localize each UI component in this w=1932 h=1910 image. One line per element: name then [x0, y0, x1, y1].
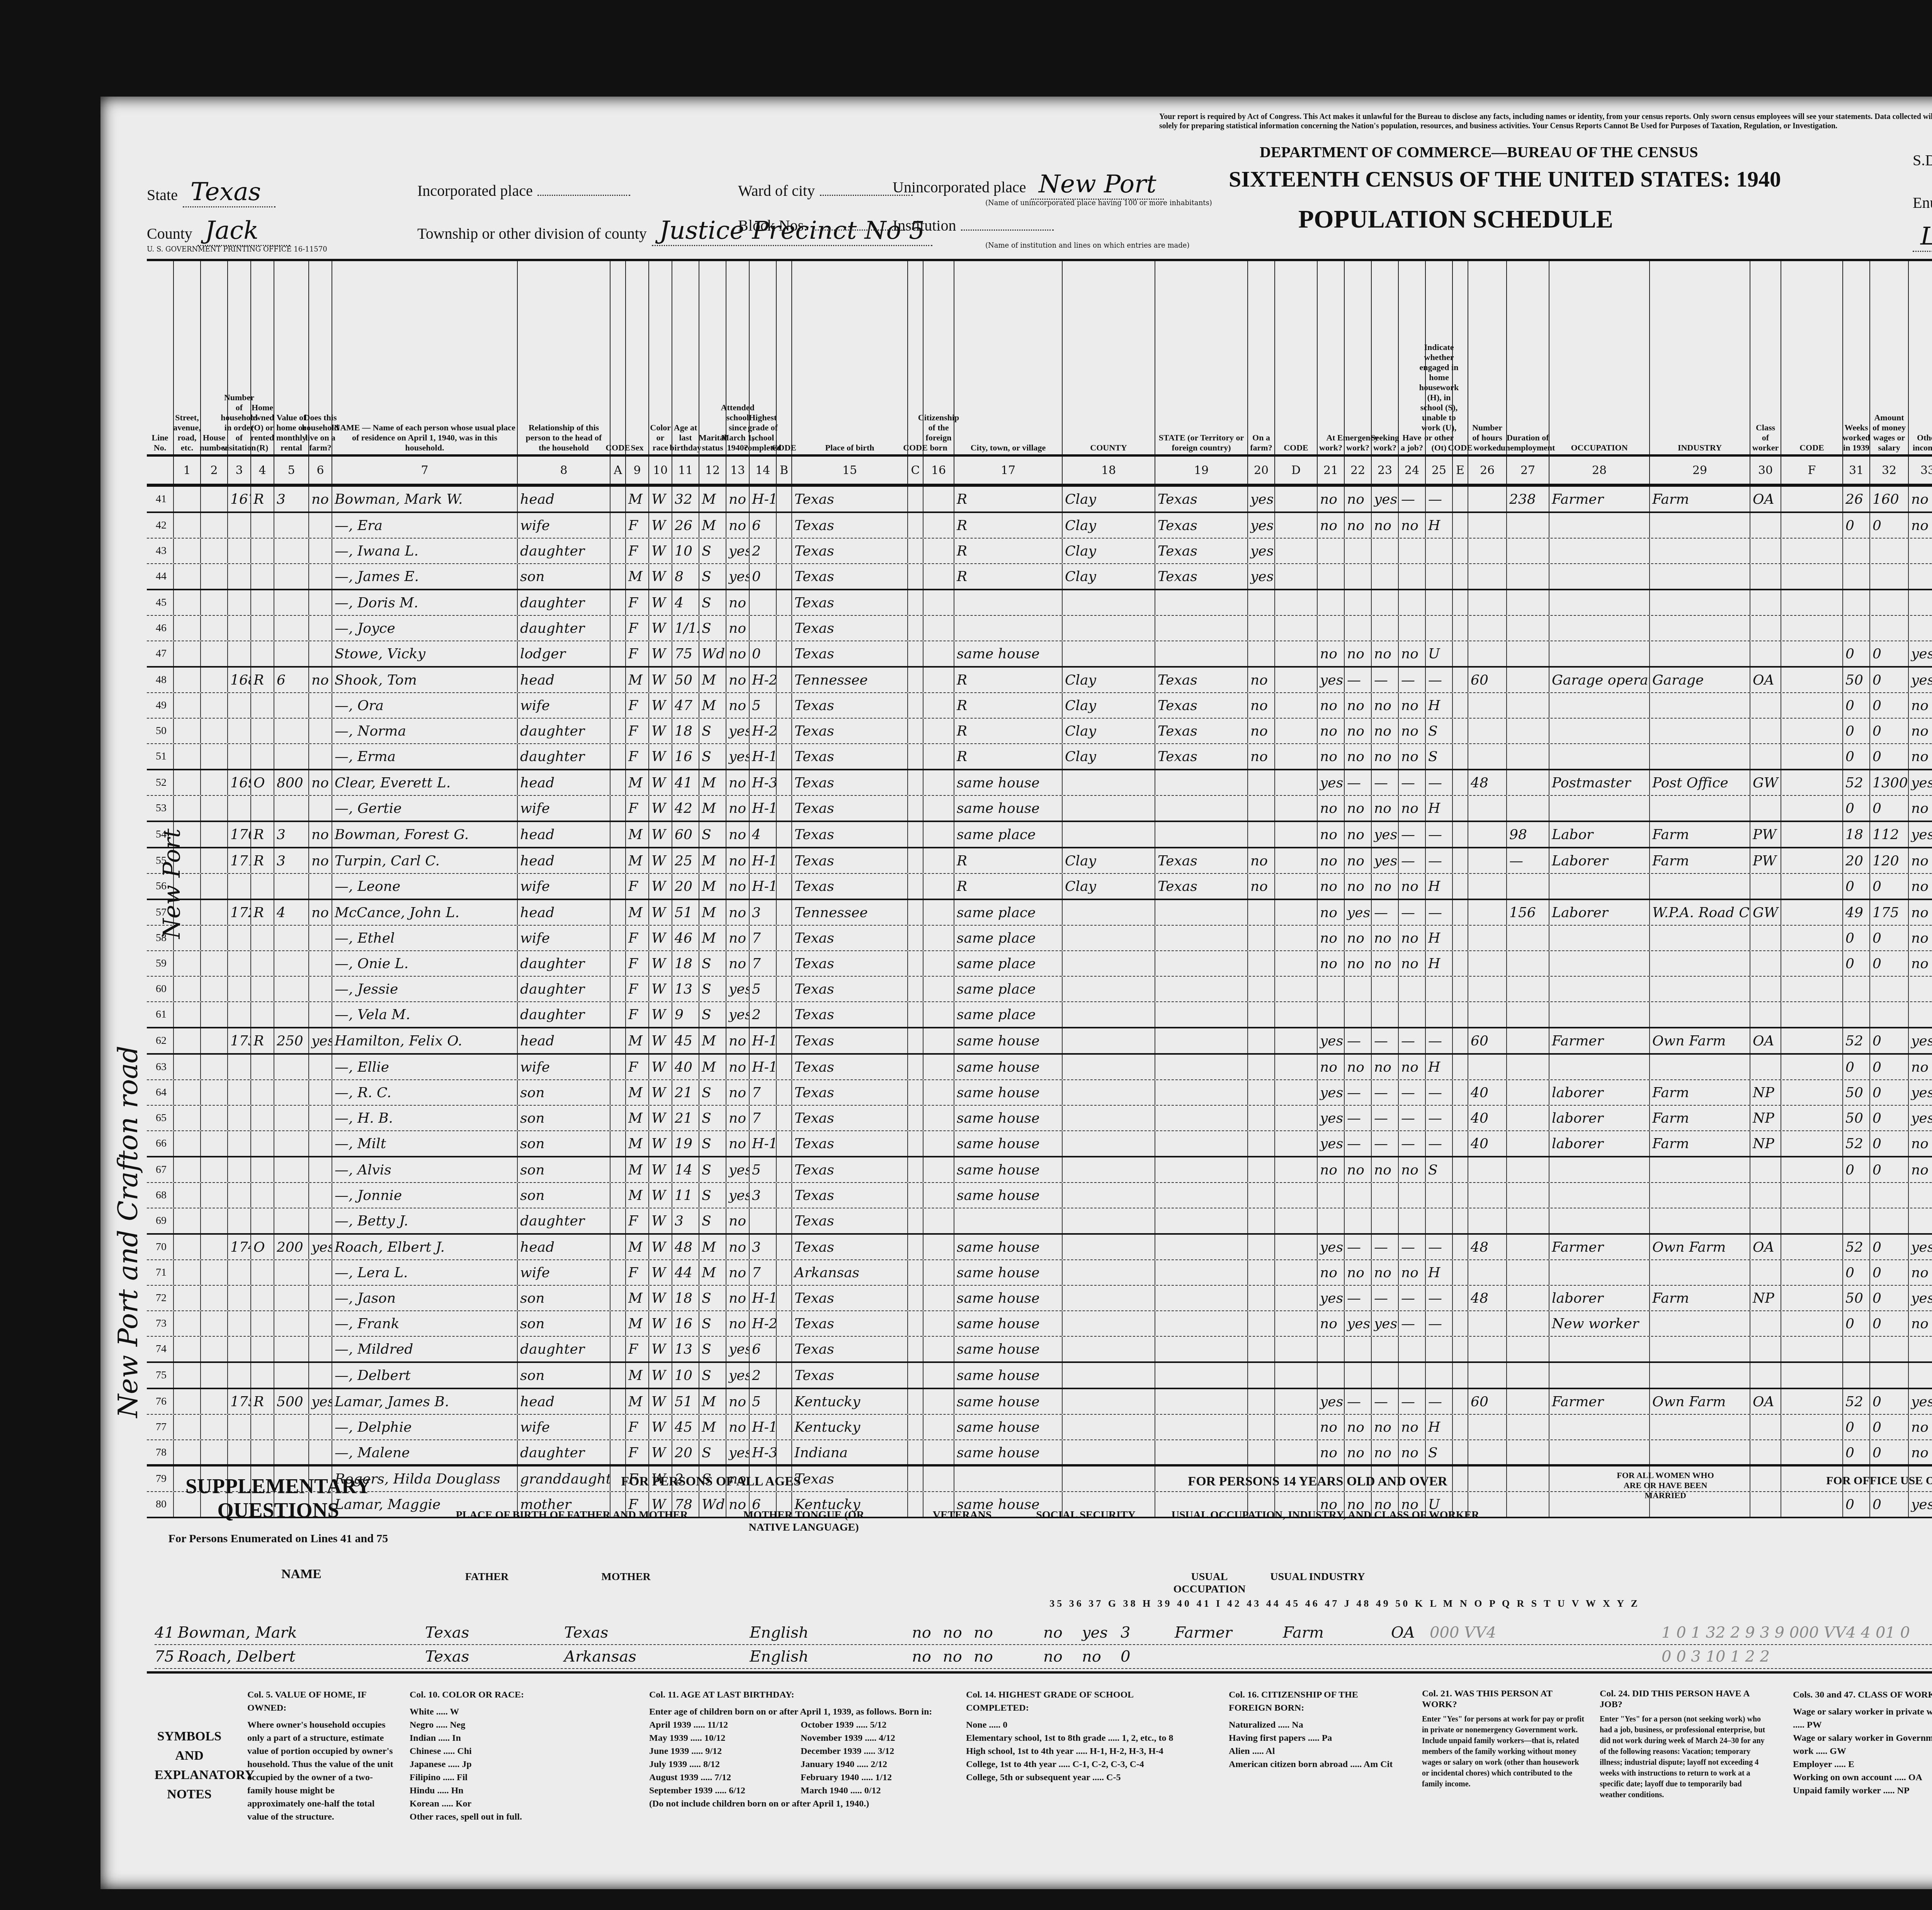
- cell-emerg: no: [1345, 744, 1372, 769]
- cell-res-city: same place: [954, 900, 1063, 925]
- cell-codeE: [1453, 668, 1468, 692]
- cell-codeA: [611, 1311, 626, 1336]
- cell-occ: [1549, 1363, 1650, 1388]
- cell-codeC: [908, 487, 923, 511]
- cell-unemp: [1507, 1260, 1549, 1285]
- cell-codeE: [1453, 487, 1468, 511]
- cell-grade: H-3: [750, 770, 777, 795]
- cell-other: [1909, 1337, 1932, 1361]
- cell-wages: 0: [1870, 719, 1909, 743]
- cell-cit: [923, 874, 954, 899]
- cell-codeF: [1781, 822, 1843, 847]
- cell-other: no: [1909, 848, 1932, 873]
- cell-cit: [923, 1106, 954, 1130]
- cell-age: 3: [672, 1208, 699, 1233]
- cell-res-state: [1155, 1106, 1248, 1130]
- cell-codeB: [777, 1002, 792, 1027]
- cell-age: 13: [672, 977, 699, 1001]
- cell-birth: Texas: [792, 693, 908, 718]
- cell-grade: 6: [750, 1337, 777, 1361]
- column-header: CODE: [611, 261, 626, 454]
- township-label: Township or other division of county: [417, 225, 647, 242]
- cell-res-state: [1155, 822, 1248, 847]
- cell-hh: 168: [228, 668, 251, 692]
- cell-job: [1399, 539, 1426, 563]
- unincorporated-note: (Name of unincorporated place having 100…: [985, 199, 1212, 207]
- cell-weeks: [1843, 539, 1870, 563]
- cell-rel: wife: [518, 693, 611, 718]
- cell-res-county: [1063, 616, 1155, 641]
- cell-res-state: [1155, 926, 1248, 950]
- cell-codeC: [908, 1028, 923, 1053]
- cell-res-farm: [1248, 926, 1275, 950]
- cell-race: W: [649, 1002, 672, 1027]
- cell-sch: yes: [726, 719, 750, 743]
- cell-cit: [923, 590, 954, 615]
- cell-cls: [1750, 590, 1781, 615]
- cell-cit: [923, 1337, 954, 1361]
- cell-sch: no: [726, 513, 750, 538]
- cell-grade: H-1: [750, 796, 777, 821]
- cell-industry: Post Office: [1650, 770, 1750, 795]
- cell-codeE: [1453, 848, 1468, 873]
- cell-age: 21: [672, 1106, 699, 1130]
- cell-codeC: [908, 822, 923, 847]
- cell-industry: [1650, 1157, 1750, 1182]
- cell-street: [174, 1183, 201, 1208]
- group-14-over: FOR PERSONS 14 YEARS OLD AND OVER: [1028, 1474, 1607, 1489]
- supp-ss2: no: [1082, 1648, 1101, 1665]
- cell-age: 25: [672, 848, 699, 873]
- note-item: March 1940 ..... 0/12: [801, 1784, 943, 1797]
- cell-res-city: same place: [954, 951, 1063, 976]
- cell-unemp: [1507, 1337, 1549, 1361]
- cell-wages: 0: [1870, 1389, 1909, 1414]
- cell-codeD: [1275, 564, 1318, 589]
- cell-codeC: [908, 1106, 923, 1130]
- cell-unemp: [1507, 744, 1549, 769]
- cell-occ: Farmer: [1549, 1235, 1650, 1259]
- cell-grade: 6: [750, 513, 777, 538]
- cell-cit: [923, 1028, 954, 1053]
- cell-res-state: Texas: [1155, 744, 1248, 769]
- cell-sch: no: [726, 1131, 750, 1156]
- cell-hh: 167: [228, 487, 251, 511]
- ward-label: Ward of city: [738, 182, 815, 199]
- cell-res-city: R: [954, 487, 1063, 511]
- note-item: Naturalized ..... Na: [1229, 1718, 1399, 1732]
- cell-rel: head: [518, 900, 611, 925]
- cell-weeks: 0: [1843, 1415, 1870, 1439]
- cell-hours: [1468, 1157, 1507, 1182]
- column-number: 8: [518, 457, 611, 484]
- cell-codeD: [1275, 641, 1318, 666]
- cell-street: [174, 744, 201, 769]
- column-header: On a farm?: [1248, 261, 1275, 454]
- cell-own: [251, 1002, 274, 1027]
- cell-cls: [1750, 1002, 1781, 1027]
- cell-res-state: [1155, 1080, 1248, 1105]
- cell-other: yes: [1909, 1235, 1932, 1259]
- cell-res-farm: [1248, 1286, 1275, 1310]
- cell-codeA: [611, 822, 626, 847]
- cell-at-work: [1318, 1208, 1345, 1233]
- cell-farm: [309, 513, 332, 538]
- cell-race: W: [649, 900, 672, 925]
- note-col30-title: Cols. 30 and 47. CLASS OF WORKER:: [1793, 1688, 1932, 1701]
- cell-rel: son: [518, 1106, 611, 1130]
- cell-cit: [923, 1235, 954, 1259]
- cell-res-city: R: [954, 564, 1063, 589]
- cell-line: 71: [147, 1260, 174, 1285]
- cell-codeD: [1275, 1440, 1318, 1465]
- cell-farm: [309, 951, 332, 976]
- cell-at-work: yes: [1318, 1080, 1345, 1105]
- cell-wages: [1870, 616, 1909, 641]
- cell-sex: M: [626, 1106, 649, 1130]
- cell-ind: [1426, 1002, 1453, 1027]
- cell-name: —, R. C.: [332, 1080, 518, 1105]
- cell-sex: M: [626, 1363, 649, 1388]
- cell-industry: Own Farm: [1650, 1235, 1750, 1259]
- cell-line: 62: [147, 1028, 174, 1053]
- cell-hh: [228, 693, 251, 718]
- cell-cit: [923, 1260, 954, 1285]
- cell-ind: —: [1426, 1235, 1453, 1259]
- cell-unemp: 156: [1507, 900, 1549, 925]
- cell-grade: 5: [750, 1389, 777, 1414]
- column-number: F: [1781, 457, 1843, 484]
- column-header: Seeking work?: [1372, 261, 1399, 454]
- institution-label: Institution: [893, 217, 956, 234]
- column-number: 9: [626, 457, 649, 484]
- cell-sch: no: [726, 900, 750, 925]
- cell-res-city: same house: [954, 1337, 1063, 1361]
- cell-seek: —: [1372, 1080, 1399, 1105]
- cell-mar: M: [699, 668, 726, 692]
- cell-age: 40: [672, 1055, 699, 1079]
- cell-race: W: [649, 951, 672, 976]
- cell-race: W: [649, 1055, 672, 1079]
- cell-sex: F: [626, 539, 649, 563]
- cell-unemp: [1507, 1055, 1549, 1079]
- cell-sex: M: [626, 1235, 649, 1259]
- cell-ind: H: [1426, 1415, 1453, 1439]
- cell-res-farm: [1248, 641, 1275, 666]
- cell-other: [1909, 977, 1932, 1001]
- cell-hours: 60: [1468, 1389, 1507, 1414]
- cell-job: no: [1399, 1440, 1426, 1465]
- cell-ind: —: [1426, 1286, 1453, 1310]
- cell-farm: no: [309, 770, 332, 795]
- cell-res-county: [1063, 1389, 1155, 1414]
- cell-res-city: same house: [954, 1311, 1063, 1336]
- cell-codeD: [1275, 1080, 1318, 1105]
- cell-hours: [1468, 1183, 1507, 1208]
- cell-unemp: [1507, 874, 1549, 899]
- cell-codeD: [1275, 874, 1318, 899]
- cell-codeA: [611, 1208, 626, 1233]
- cell-at-work: yes: [1318, 1106, 1345, 1130]
- column-number: 19: [1155, 457, 1248, 484]
- cell-farm: [309, 1106, 332, 1130]
- cell-house: [201, 693, 228, 718]
- cell-occ: [1549, 1337, 1650, 1361]
- cell-grade: H-1: [750, 744, 777, 769]
- cell-mar: M: [699, 1055, 726, 1079]
- cell-codeA: [611, 641, 626, 666]
- cell-ind: [1426, 1337, 1453, 1361]
- institution-field: Institution: [893, 216, 1054, 235]
- mother-header: MOTHER: [556, 1571, 696, 1583]
- cell-cls: NP: [1750, 1131, 1781, 1156]
- column-number: 33: [1909, 457, 1932, 484]
- cell-weeks: 0: [1843, 513, 1870, 538]
- cell-weeks: [1843, 590, 1870, 615]
- cell-res-state: [1155, 1208, 1248, 1233]
- cell-codeC: [908, 1157, 923, 1182]
- cell-house: [201, 1028, 228, 1053]
- cell-birth: Texas: [792, 848, 908, 873]
- cell-sch: no: [726, 668, 750, 692]
- unincorporated-place-label: Unincorporated place: [893, 178, 1026, 196]
- cell-wages: 0: [1870, 1260, 1909, 1285]
- cell-wages: 0: [1870, 1131, 1909, 1156]
- cell-birth: Texas: [792, 770, 908, 795]
- cell-line: 59: [147, 951, 174, 976]
- cell-house: [201, 487, 228, 511]
- cell-mar: S: [699, 590, 726, 615]
- cell-seek: no: [1372, 693, 1399, 718]
- column-header: INDUSTRY: [1650, 261, 1750, 454]
- cell-cit: [923, 719, 954, 743]
- usual-industry-header: USUAL INDUSTRY: [1267, 1571, 1368, 1583]
- cell-weeks: 50: [1843, 1286, 1870, 1310]
- cell-hh: [228, 564, 251, 589]
- cell-job: —: [1399, 1235, 1426, 1259]
- cell-job: [1399, 590, 1426, 615]
- cell-sex: M: [626, 1311, 649, 1336]
- cell-codeB: [777, 822, 792, 847]
- cell-value: [274, 1260, 309, 1285]
- cell-seek: [1372, 1002, 1399, 1027]
- cell-occ: Postmaster: [1549, 770, 1650, 795]
- cell-codeD: [1275, 1415, 1318, 1439]
- cell-house: [201, 1002, 228, 1027]
- cell-wages: 0: [1870, 641, 1909, 666]
- note-item: College, 5th or subsequent year ..... C-…: [966, 1771, 1198, 1784]
- cell-mar: M: [699, 874, 726, 899]
- cell-codeC: [908, 951, 923, 976]
- cell-cit: [923, 926, 954, 950]
- cell-wages: 175: [1870, 900, 1909, 925]
- cell-sex: F: [626, 1440, 649, 1465]
- cell-codeE: [1453, 1183, 1468, 1208]
- cell-res-farm: no: [1248, 848, 1275, 873]
- supp-vet: no: [912, 1624, 931, 1642]
- cell-sch: no: [726, 1028, 750, 1053]
- cell-sch: yes: [726, 744, 750, 769]
- cell-codeD: [1275, 926, 1318, 950]
- cell-line: 48: [147, 668, 174, 692]
- note-col16-list: Naturalized ..... NaHaving first papers …: [1229, 1718, 1399, 1771]
- cell-race: W: [649, 1440, 672, 1465]
- cell-res-farm: [1248, 977, 1275, 1001]
- cell-rel: daughter: [518, 616, 611, 641]
- cell-emerg: no: [1345, 1440, 1372, 1465]
- cell-own: R: [251, 848, 274, 873]
- cell-codeA: [611, 513, 626, 538]
- cell-line: 46: [147, 616, 174, 641]
- cell-rel: daughter: [518, 1337, 611, 1361]
- cell-codeD: [1275, 693, 1318, 718]
- cell-at-work: yes: [1318, 1235, 1345, 1259]
- cell-rel: daughter: [518, 951, 611, 976]
- cell-codeE: [1453, 822, 1468, 847]
- note-col5: Col. 5. VALUE OF HOME, IF OWNED: Where o…: [247, 1688, 394, 1823]
- supp-vet3: no: [974, 1624, 993, 1642]
- cell-sex: F: [626, 1208, 649, 1233]
- cell-at-work: [1318, 1337, 1345, 1361]
- cell-sex: F: [626, 616, 649, 641]
- cell-weeks: 52: [1843, 770, 1870, 795]
- cell-ind: [1426, 1208, 1453, 1233]
- column-number: 22: [1345, 457, 1372, 484]
- cell-value: [274, 641, 309, 666]
- cell-farm: [309, 744, 332, 769]
- cell-birth: Texas: [792, 1157, 908, 1182]
- cell-line: 47: [147, 641, 174, 666]
- cell-codeF: [1781, 719, 1843, 743]
- cell-codeB: [777, 770, 792, 795]
- cell-rel: wife: [518, 926, 611, 950]
- cell-other: yes: [1909, 1389, 1932, 1414]
- cell-res-county: [1063, 1002, 1155, 1027]
- cell-other: no: [1909, 1311, 1932, 1336]
- cell-age: 51: [672, 900, 699, 925]
- cell-res-city: R: [954, 848, 1063, 873]
- cell-at-work: no: [1318, 1311, 1345, 1336]
- cell-ind: —: [1426, 848, 1453, 873]
- cell-house: [201, 796, 228, 821]
- note-item: College, 1st to 4th year ..... C-1, C-2,…: [966, 1758, 1198, 1771]
- column-numbers: 12345678A91011121314B15C1617181920D21222…: [147, 457, 1932, 487]
- cell-industry: W.P.A. Road Construction: [1650, 900, 1750, 925]
- institution-value: [961, 229, 1054, 231]
- cell-house: [201, 1363, 228, 1388]
- note-col11-note: (Do not include children born on or afte…: [649, 1797, 943, 1810]
- cell-sch: no: [726, 926, 750, 950]
- cell-race: W: [649, 719, 672, 743]
- cell-birth: Texas: [792, 744, 908, 769]
- cell-name: —, Doris M.: [332, 590, 518, 615]
- cell-age: 11: [672, 1183, 699, 1208]
- cell-codeA: [611, 1260, 626, 1285]
- note-col21-text: Enter "Yes" for persons at work for pay …: [1422, 1714, 1584, 1789]
- cell-seek: yes: [1372, 487, 1399, 511]
- cell-codeB: [777, 1157, 792, 1182]
- cell-industry: Farm: [1650, 1286, 1750, 1310]
- cell-sch: yes: [726, 1157, 750, 1182]
- supp-code: 000 VV4: [1430, 1624, 1496, 1642]
- cell-line: 68: [147, 1183, 174, 1208]
- cell-at-work: no: [1318, 487, 1345, 511]
- cell-street: [174, 1028, 201, 1053]
- cell-unemp: [1507, 1080, 1549, 1105]
- cell-at-work: yes: [1318, 770, 1345, 795]
- cell-seek: no: [1372, 1440, 1399, 1465]
- cell-occ: [1549, 564, 1650, 589]
- cell-other: no: [1909, 693, 1932, 718]
- cell-birth: Texas: [792, 1131, 908, 1156]
- cell-codeC: [908, 1311, 923, 1336]
- cell-codeC: [908, 796, 923, 821]
- supp-name-header: NAME: [224, 1567, 379, 1582]
- note-item: Chinese ..... Chi: [410, 1745, 626, 1758]
- cell-farm: [309, 719, 332, 743]
- cell-line: 78: [147, 1440, 174, 1465]
- cell-race: W: [649, 1286, 672, 1310]
- supp-usual-ind: Farm: [1283, 1624, 1324, 1642]
- cell-ind: S: [1426, 1440, 1453, 1465]
- cell-value: [274, 693, 309, 718]
- cell-emerg: yes: [1345, 1311, 1372, 1336]
- cell-unemp: [1507, 1028, 1549, 1053]
- cell-cls: NP: [1750, 1286, 1781, 1310]
- cell-job: no: [1399, 1260, 1426, 1285]
- cell-cls: [1750, 1363, 1781, 1388]
- cell-sch: no: [726, 822, 750, 847]
- table-row: 61—, Vela M.daughterFW9Syes2Texassame pl…: [147, 1002, 1932, 1028]
- cell-codeC: [908, 719, 923, 743]
- cell-sch: no: [726, 616, 750, 641]
- cell-industry: [1650, 1337, 1750, 1361]
- cell-codeD: [1275, 719, 1318, 743]
- column-header: Home owned (O) or rented (R): [251, 261, 274, 454]
- cell-res-county: [1063, 1286, 1155, 1310]
- column-header: Color or race: [649, 261, 672, 454]
- note-item: Negro ..... Neg: [410, 1718, 626, 1732]
- cell-res-county: Clay: [1063, 874, 1155, 899]
- cell-seek: no: [1372, 641, 1399, 666]
- cell-line: 72: [147, 1286, 174, 1310]
- cell-own: [251, 1208, 274, 1233]
- cell-codeF: [1781, 693, 1843, 718]
- cell-value: [274, 513, 309, 538]
- cell-birth: Texas: [792, 1002, 908, 1027]
- note-col21: Col. 21. WAS THIS PERSON AT WORK? Enter …: [1422, 1688, 1584, 1789]
- cell-house: [201, 1337, 228, 1361]
- cell-cit: [923, 1389, 954, 1414]
- cell-farm: [309, 1157, 332, 1182]
- cell-wages: [1870, 1002, 1909, 1027]
- cell-seek: [1372, 1363, 1399, 1388]
- cell-own: [251, 1157, 274, 1182]
- cell-industry: [1650, 977, 1750, 1001]
- cell-job: [1399, 977, 1426, 1001]
- cell-codeF: [1781, 513, 1843, 538]
- cell-emerg: [1345, 1363, 1372, 1388]
- cell-value: [274, 1131, 309, 1156]
- cell-seek: —: [1372, 1389, 1399, 1414]
- cell-mar: M: [699, 1260, 726, 1285]
- cell-house: [201, 1055, 228, 1079]
- cell-house: [201, 848, 228, 873]
- cell-codeF: [1781, 1415, 1843, 1439]
- table-row: 70174O200yesRoach, Elbert J.headMW48Mno3…: [147, 1235, 1932, 1260]
- cell-sch: yes: [726, 1002, 750, 1027]
- cell-res-county: [1063, 590, 1155, 615]
